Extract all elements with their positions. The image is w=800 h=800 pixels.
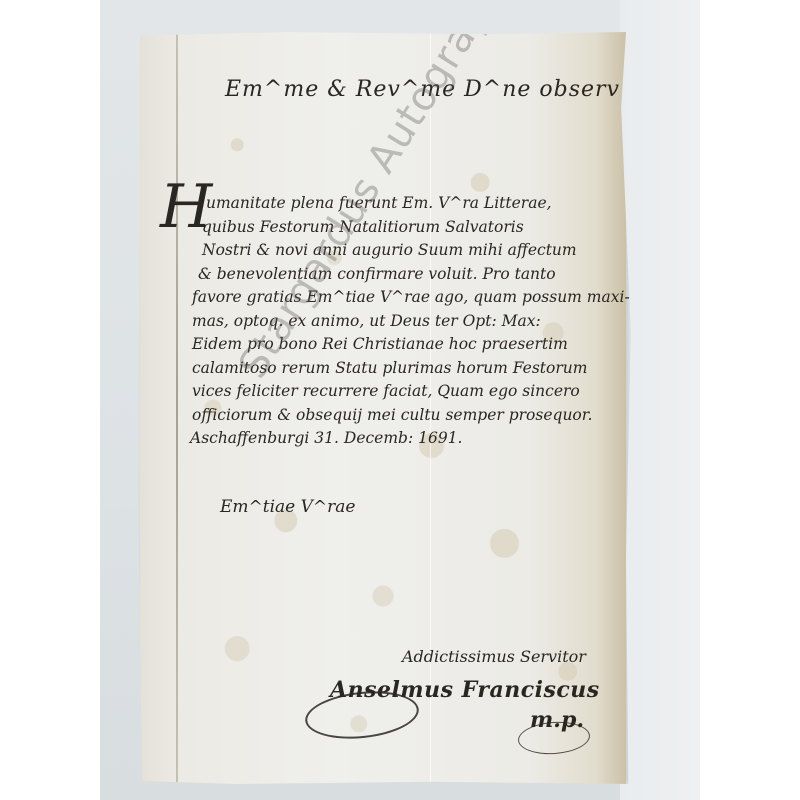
manuscript-sheet: Em^me & Rev^me D^ne observ^me H umanitat… (140, 32, 626, 784)
photo-background: Em^me & Rev^me D^ne observ^me H umanitat… (100, 0, 700, 800)
paraph: m.p. (530, 707, 584, 733)
closing-formula: Em^tiae V^rae (220, 497, 356, 517)
body-line: officiorum & obsequij mei cultu semper p… (182, 404, 630, 428)
body-line: umanitate plena fuerunt Em. V^ra Littera… (182, 192, 630, 216)
backing-board (620, 0, 700, 800)
fold-line (176, 32, 178, 784)
body-line: Nostri & novi anni augurio Suum mihi aff… (182, 239, 630, 263)
letter-body: umanitate plena fuerunt Em. V^ra Littera… (182, 192, 630, 451)
signature: Anselmus Franciscus (330, 677, 600, 703)
body-line: quibus Festorum Natalitiorum Salvatoris (182, 216, 630, 240)
body-line: favore gratias Em^tiae V^rae ago, quam p… (182, 286, 630, 310)
subscription: Addictissimus Servitor (402, 647, 586, 666)
body-line: & benevolentiam confirmare voluit. Pro t… (182, 263, 630, 287)
date-line: Aschaffenburgi 31. Decemb: 1691. (182, 427, 630, 451)
body-line: vices feliciter recurrere faciat, Quam e… (182, 380, 630, 404)
